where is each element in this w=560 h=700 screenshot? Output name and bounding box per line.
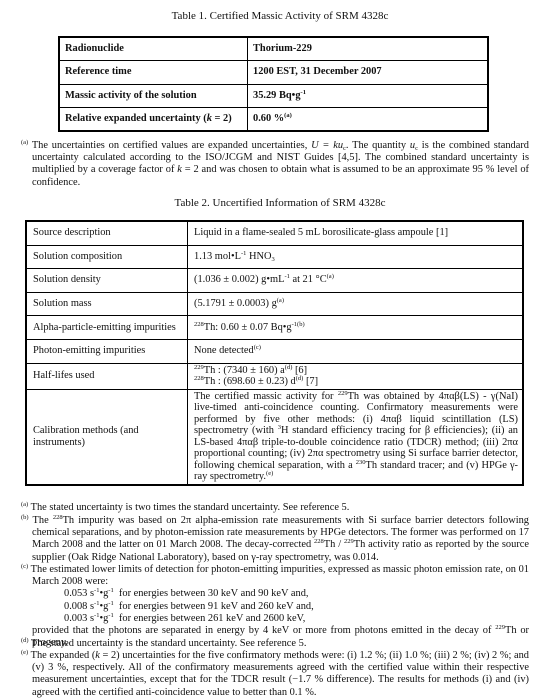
reference: [6]: [292, 365, 307, 376]
limit-unit: •g: [99, 613, 108, 624]
footnote-body: (a) The uncertainties on certified value…: [21, 140, 529, 189]
footnote-ref: (a): [277, 297, 284, 304]
row-value: 1.13 mol•L-1 HNO3: [188, 245, 524, 269]
isotope-number: 228: [314, 538, 324, 545]
value-text: The certified massic activity for: [194, 391, 338, 402]
table-row: Radionuclide Thorium-229: [59, 37, 488, 61]
row-label: Alpha-particle-emitting impurities: [26, 316, 188, 340]
footnote-c: (c) The estimated lower limits of detect…: [21, 564, 529, 649]
limit-value: 0.008 s: [64, 601, 94, 612]
row-value: Liquid in a flame-sealed 5 mL borosilica…: [188, 221, 524, 245]
footnote-e: (e) The expanded (k = 2) uncertainties f…: [21, 650, 529, 699]
footnote-text: . The quantity: [346, 140, 410, 151]
uncertified-information-table: Source description Liquid in a flame-sea…: [25, 220, 524, 486]
row-value: 0.60 %(a): [248, 107, 489, 131]
limit-text: for energies between 91 keV and 260 keV …: [114, 601, 314, 612]
footnote-ref: (a): [284, 112, 292, 119]
row-value: None detected(c): [188, 339, 524, 363]
footnote-body: (a) The stated uncertainty is two times …: [21, 502, 529, 514]
footnote-ref: (c): [254, 344, 261, 351]
value-text: at 21 °C: [290, 274, 327, 285]
isotope-number: 228: [194, 375, 204, 382]
row-value: (5.1791 ± 0.0003) g(a): [188, 292, 524, 316]
table-row: Relative expanded uncertainty (k = 2) 0.…: [59, 107, 488, 131]
footnote-text: provided that the photons are separated …: [32, 625, 495, 636]
row-label: Massic activity of the solution: [59, 84, 248, 107]
table-row: Reference time 1200 EST, 31 December 200…: [59, 61, 488, 84]
isotope-number: 230: [356, 459, 366, 466]
table-row: Calibration methods (and instruments) Th…: [26, 389, 523, 485]
limit-value: 0.003 s: [64, 613, 94, 624]
table-row: Solution density (1.036 ± 0.002) g•mL-1 …: [26, 269, 523, 293]
row-value: The certified massic activity for 229Th …: [188, 389, 524, 485]
half-life-line: 229Th : (7340 ± 160) a(d) [6]: [194, 365, 522, 377]
row-value: 1200 EST, 31 December 2007: [248, 61, 489, 84]
limit-unit: •g: [99, 588, 108, 599]
footnote-mark: (b): [21, 514, 29, 521]
row-label: Radionuclide: [59, 37, 248, 61]
footnote-b: (b) The 228Th impurity was based on 2π a…: [21, 515, 529, 564]
footnote-text: The: [29, 515, 53, 526]
value-text: Th : (698.60 ± 0.23) d: [204, 376, 296, 387]
uncertainty-value: 0.60 %: [253, 113, 284, 124]
footnote-text: The estimated lower limits of detection …: [28, 564, 529, 587]
isotope-number: 228: [53, 514, 63, 521]
value-text: (1.036 ± 0.002) g•mL: [194, 274, 284, 285]
footnote-d: (d) The stated uncertainty is the standa…: [21, 638, 529, 650]
row-value: 228Th: 0.60 ± 0.07 Bq•g-1(b): [188, 316, 524, 340]
row-value: 229Th : (7340 ± 160) a(d) [6] 228Th : (6…: [188, 363, 524, 389]
row-label: Solution density: [26, 269, 188, 293]
value-text: Th : (7340 ± 160) a: [204, 365, 285, 376]
row-label: Photon-emitting impurities: [26, 339, 188, 363]
footnote-body: (c) The estimated lower limits of detect…: [21, 564, 529, 588]
footnote-body: (e) The expanded (k = 2) uncertainties f…: [21, 650, 529, 699]
footnote-text: Th /: [324, 539, 344, 550]
half-life-line: 228Th : (698.60 ± 0.23) d(d) [7]: [194, 376, 522, 388]
isotope-number: 229: [495, 624, 505, 631]
superscript: -1: [301, 89, 306, 96]
row-label: Solution mass: [26, 292, 188, 316]
isotope-number: 229: [344, 538, 354, 545]
isotope-number: 228: [194, 321, 204, 328]
subscript: 3: [271, 256, 274, 263]
label-text: = 2): [212, 113, 232, 124]
detection-limit-line: 0.003 s-1•g-1 for energies between 261 k…: [21, 613, 529, 625]
footnote-a: (a) The stated uncertainty is two times …: [21, 502, 529, 514]
isotope-number: 229: [338, 390, 348, 397]
footnote-ref: (a): [327, 273, 334, 280]
footnote-text: The stated uncertainty is two times the …: [28, 502, 349, 513]
value-text: HNO: [246, 251, 271, 262]
formula: U = ku: [311, 140, 343, 151]
table-row: Half-lifes used 229Th : (7340 ± 160) a(d…: [26, 363, 523, 389]
table-row: Solution mass (5.1791 ± 0.0003) g(a): [26, 292, 523, 316]
footnote-text: = 2) uncertainties for the five confirma…: [32, 650, 529, 698]
reference: [7]: [303, 376, 318, 387]
row-value: (1.036 ± 0.002) g•mL-1 at 21 °C(a): [188, 269, 524, 293]
footnote-text: The uncertainties on certified values ar…: [28, 140, 311, 151]
value-text: 1.13 mol•L: [194, 251, 241, 262]
massic-activity-value: 35.29 Bq•g: [253, 90, 301, 101]
certified-massic-activity-table: Radionuclide Thorium-229 Reference time …: [58, 36, 489, 132]
footnote-ref: (e): [266, 470, 273, 477]
row-label: Half-lifes used: [26, 363, 188, 389]
row-label: Calibration methods (and instruments): [26, 389, 188, 485]
row-label: Solution composition: [26, 245, 188, 269]
table2-caption: Table 2. Uncertified Information of SRM …: [0, 197, 560, 210]
radionuclide-value: Thorium-229: [253, 43, 312, 54]
row-label: Source description: [26, 221, 188, 245]
table1-caption: Table 1. Certified Massic Activity of SR…: [0, 10, 560, 23]
table-row: Source description Liquid in a flame-sea…: [26, 221, 523, 245]
table1-footnote: (a) The uncertainties on certified value…: [21, 140, 529, 189]
row-label: Relative expanded uncertainty (k = 2): [59, 107, 248, 131]
table-row: Solution composition 1.13 mol•L-1 HNO3: [26, 245, 523, 269]
value-text: None detected: [194, 345, 254, 356]
value-text: Th: 0.60 ± 0.07 Bq•g: [204, 322, 292, 333]
limit-text: for energies between 261 keV and 2600 ke…: [114, 613, 306, 624]
footnote-body: (d) The stated uncertainty is the standa…: [21, 638, 529, 650]
limit-unit: •g: [99, 601, 108, 612]
value-text: (5.1791 ± 0.0003) g: [194, 298, 277, 309]
footnote-text: The expanded (: [28, 650, 95, 661]
limit-text: for energies between 30 keV and 90 keV a…: [114, 588, 309, 599]
reference-time-value: 1200 EST, 31 December 2007: [253, 66, 382, 77]
label-text: Relative expanded uncertainty (: [65, 113, 207, 124]
row-value: 35.29 Bq•g-1: [248, 84, 489, 107]
footnote-text: The stated uncertainty is the standard u…: [29, 638, 307, 649]
footnote-ref: -1(b): [292, 321, 305, 328]
limit-value: 0.053 s: [64, 588, 94, 599]
row-label: Reference time: [59, 61, 248, 84]
row-value: Thorium-229: [248, 37, 489, 61]
table-row: Alpha-particle-emitting impurities 228Th…: [26, 316, 523, 340]
table-row: Photon-emitting impurities None detected…: [26, 339, 523, 363]
footnote-mark: (d): [21, 637, 29, 644]
isotope-number: 229: [194, 364, 204, 371]
table-row: Massic activity of the solution 35.29 Bq…: [59, 84, 488, 107]
footnote-body: (b) The 228Th impurity was based on 2π a…: [21, 515, 529, 564]
